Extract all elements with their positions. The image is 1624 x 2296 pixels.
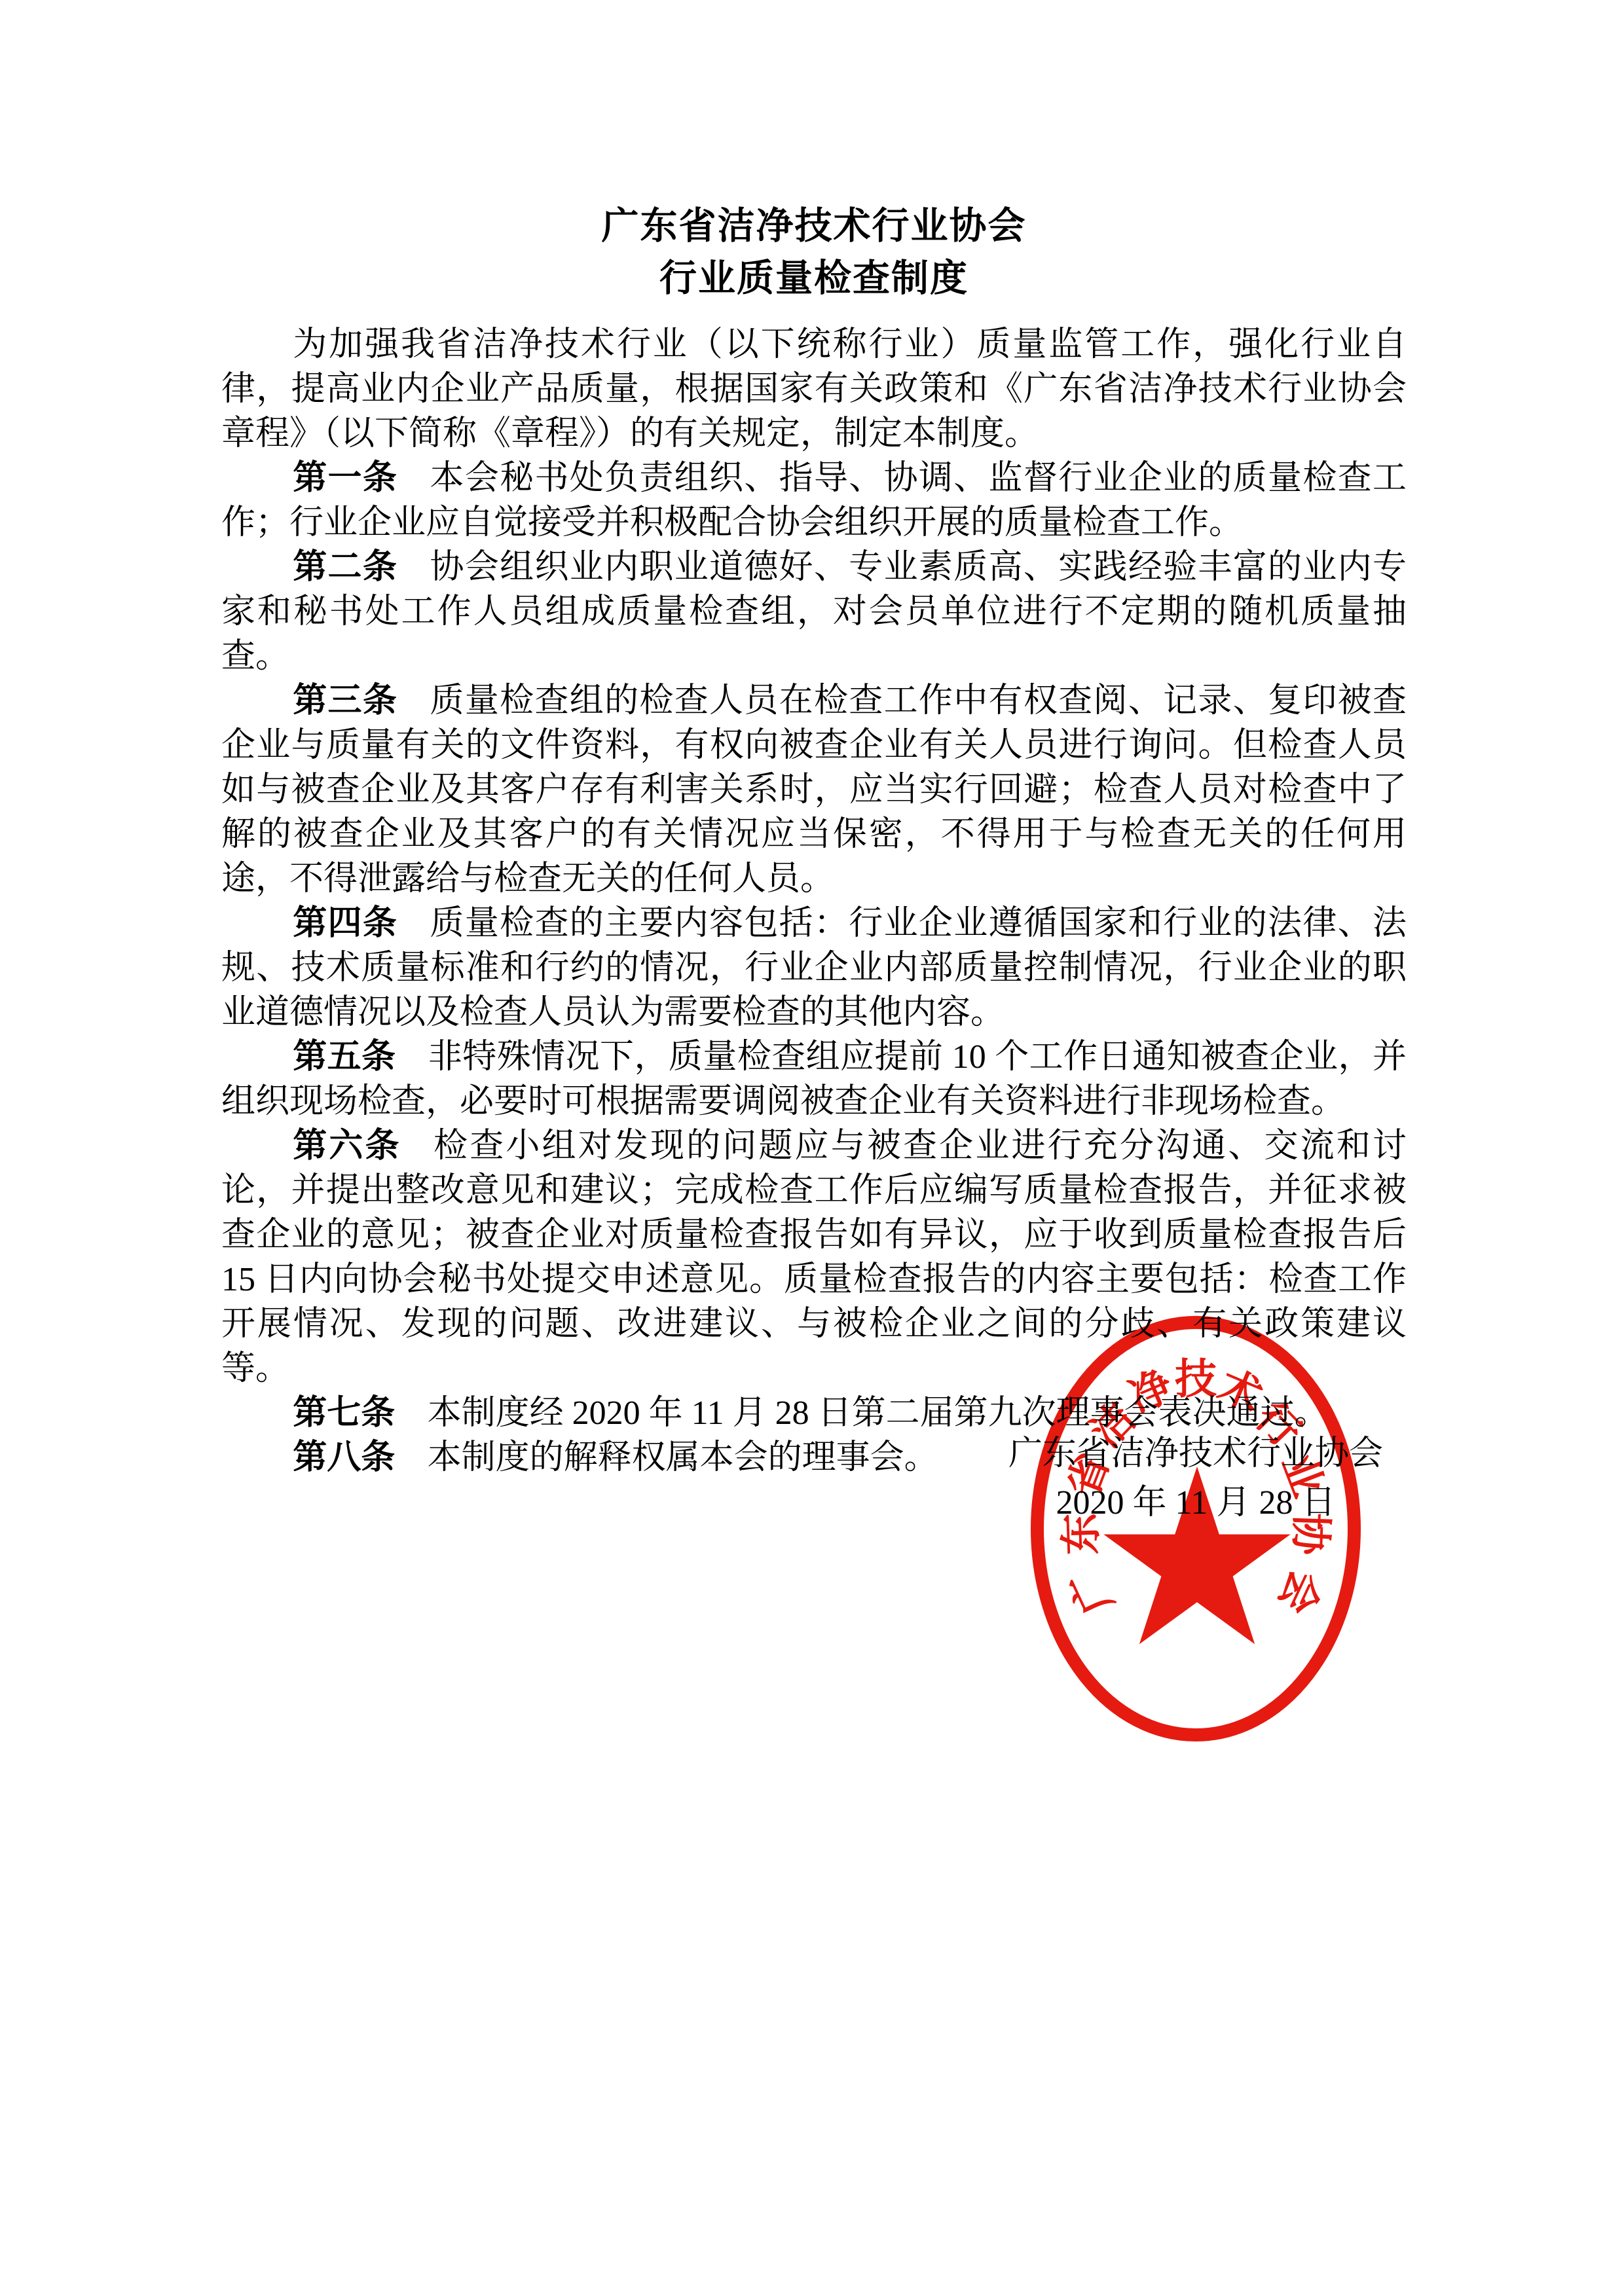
article-label: 第七条	[293, 1394, 395, 1432]
articles-block: 为加强我省洁净技术行业（以下统称行业）质量监管工作，强化行业自律，提高业内企业产…	[221, 323, 1407, 1480]
article-text: 检查小组对发现的问题应与被查企业进行充分沟通、交流和讨论，并提出整改意见和建议；…	[221, 1127, 1407, 1387]
article-text: 质量检查组的检查人员在检查工作中有权查阅、记录、复印被查企业与质量有关的文件资料…	[221, 682, 1407, 898]
article-text: 本制度的解释权属本会的理事会。	[428, 1439, 938, 1476]
article-5: 第五条非特殊情况下，质量检查组应提前 10 个工作日通知被查企业，并组织现场检查…	[221, 1035, 1407, 1124]
signature-org: 广东省洁净技术行业协会	[947, 1429, 1445, 1478]
article-2: 第二条协会组织业内职业道德好、专业素质高、实践经验丰富的业内专家和秘书处工作人员…	[221, 545, 1407, 679]
paragraph-preamble: 为加强我省洁净技术行业（以下统称行业）质量监管工作，强化行业自律，提高业内企业产…	[221, 323, 1407, 456]
seal-arc-char: 会	[1270, 1563, 1329, 1620]
article-label: 第五条	[293, 1038, 396, 1076]
article-3: 第三条质量检查组的检查人员在检查工作中有权查阅、记录、复印被查企业与质量有关的文…	[221, 679, 1407, 902]
signature-date: 2020 年 11 月 28 日	[947, 1478, 1445, 1527]
document-body: 广东省洁净技术行业协会 行业质量检查制度 为加强我省洁净技术行业（以下统称行业）…	[221, 200, 1407, 1480]
article-label: 第六条	[293, 1127, 401, 1165]
seal-arc-char: 广	[1062, 1563, 1122, 1620]
article-text: 本制度经 2020 年 11 月 28 日第二届第九次理事会表决通过。	[428, 1394, 1329, 1432]
article-1: 第一条本会秘书处负责组织、指导、协调、监督行业企业的质量检查工作；行业企业应自觉…	[221, 456, 1407, 545]
article-label: 第二条	[293, 549, 397, 586]
article-text: 质量检查的主要内容包括：行业企业遵循国家和行业的法律、法规、技术质量标准和行约的…	[221, 905, 1407, 1031]
article-label: 第四条	[293, 905, 397, 942]
article-label: 第一条	[293, 460, 397, 497]
document-page: 广东省洁净技术行业协会 行业质量检查制度 为加强我省洁净技术行业（以下统称行业）…	[0, 0, 1624, 2296]
article-6: 第六条检查小组对发现的问题应与被查企业进行充分沟通、交流和讨论，并提出整改意见和…	[221, 1124, 1407, 1391]
article-text: 协会组织业内职业道德好、专业素质高、实践经验丰富的业内专家和秘书处工作人员组成质…	[221, 549, 1407, 675]
article-label: 第八条	[293, 1439, 395, 1476]
article-text: 非特殊情况下，质量检查组应提前 10 个工作日通知被查企业，并组织现场检查，必要…	[221, 1038, 1407, 1120]
preamble-text: 为加强我省洁净技术行业（以下统称行业）质量监管工作，强化行业自律，提高业内企业产…	[221, 326, 1407, 452]
doc-title-line1: 广东省洁净技术行业协会	[221, 200, 1407, 252]
article-text: 本会秘书处负责组织、指导、协调、监督行业企业的质量检查工作；行业企业应自觉接受并…	[221, 460, 1407, 541]
doc-title-line2: 行业质量检查制度	[221, 252, 1407, 304]
signature-block: 广东省洁净技术行业协会 2020 年 11 月 28 日	[947, 1429, 1445, 1527]
article-4: 第四条质量检查的主要内容包括：行业企业遵循国家和行业的法律、法规、技术质量标准和…	[221, 902, 1407, 1035]
article-label: 第三条	[293, 682, 397, 720]
